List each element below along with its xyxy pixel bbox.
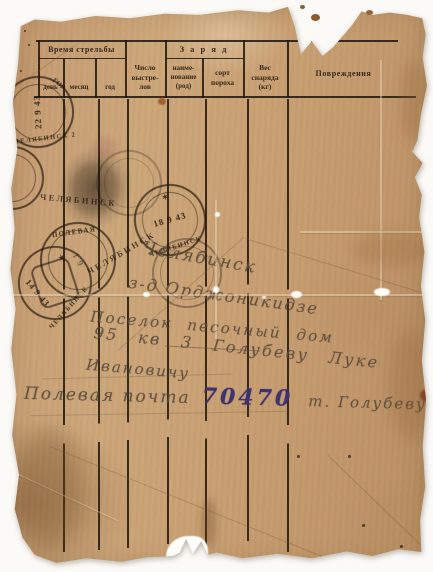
dark-corner-stain: [14, 430, 84, 550]
header-line: (род): [176, 82, 191, 91]
postmark-date-text: 22 9 43: [33, 95, 44, 129]
ink-speck: [400, 545, 403, 548]
header-line: (кг): [259, 82, 272, 91]
pencil-underline: [30, 411, 290, 417]
header-line: сорт: [215, 68, 230, 77]
header-group-charge: З а р я д: [165, 41, 243, 57]
ink-speck: [8, 62, 11, 65]
ink-speck: [297, 455, 300, 458]
paper-crack-fleck: [291, 291, 302, 298]
edge-stain: [400, 60, 426, 140]
header-col-charge-name: наиме- нование (род): [165, 58, 202, 97]
ink-speck: [362, 524, 365, 527]
purple-smudge: [92, 138, 118, 158]
postmark-chelyabinsk-2: ЧЕЛЯБИНСК: [0, 141, 49, 215]
header-line: нование: [171, 73, 197, 82]
paper-crack-fleck: [143, 292, 150, 297]
header-line: снаряда: [251, 73, 278, 82]
header-col-shots: Число выстре- лов: [125, 58, 165, 97]
table-column-line: [247, 99, 249, 541]
paper-crack-fleck: [215, 212, 220, 217]
paper-crack-fleck: [213, 286, 219, 293]
brown-stain-streak: [388, 330, 433, 440]
tear-debris: [300, 5, 305, 9]
header-group-time: Время стрельбы: [38, 41, 125, 57]
header-col-damage: Повреждения: [287, 58, 400, 88]
header-line: пороха: [211, 78, 234, 87]
bottom-tear-hole: [166, 536, 208, 572]
fold-crease-diagonal: [328, 455, 426, 550]
header-line: лов: [139, 82, 151, 91]
header-line: Число: [134, 63, 155, 72]
tear-debris: [366, 10, 373, 15]
handwriting-field-post-line: Полевая почта 70470 т. Голубеву: [24, 379, 427, 416]
scanned-document: Время стрельбы З а р я д день месяц год …: [0, 0, 433, 572]
tear-debris: [311, 14, 320, 21]
ink-speck: [150, 558, 153, 561]
ink-speck: [16, 50, 19, 53]
ink-speck: [327, 563, 330, 566]
handwriting-field-post-label: Полевая почта: [24, 384, 191, 408]
handwriting-field-post-number: 70470: [201, 383, 293, 411]
paper-shadow-wrap: Время стрельбы З а р я д день месяц год …: [0, 0, 433, 572]
paper-crack-fleck: [374, 288, 390, 296]
fold-crease-horizontal: [10, 294, 425, 296]
fold-crease-horizontal: [300, 231, 428, 233]
ink-speck: [20, 70, 22, 72]
postmark-inner-ring: [0, 150, 40, 206]
paper-crack-fleck: [262, 296, 266, 299]
ink-speck: [28, 44, 30, 46]
handwriting-patronymic: Ивановичу: [85, 355, 190, 382]
header-line: наиме-: [173, 64, 195, 73]
ink-speck: [348, 455, 351, 458]
red-edge-stain: [420, 390, 429, 401]
header-col-powder: сорт пороха: [202, 58, 243, 97]
header-col-year: год: [95, 58, 125, 97]
rust-stain: [158, 98, 166, 105]
brown-stain-band: [352, 232, 432, 266]
fold-crease-vertical: [215, 200, 217, 340]
header-line: Вес: [259, 63, 271, 72]
ink-speck: [10, 34, 13, 37]
header-col-weight: Вес снаряда (кг): [243, 58, 287, 97]
paper-sheet: Время стрельбы З а р я д день месяц год …: [0, 0, 433, 572]
fold-crease-diagonal: [50, 446, 347, 567]
ink-speck: [24, 30, 26, 32]
header-line: выстре-: [131, 73, 158, 82]
